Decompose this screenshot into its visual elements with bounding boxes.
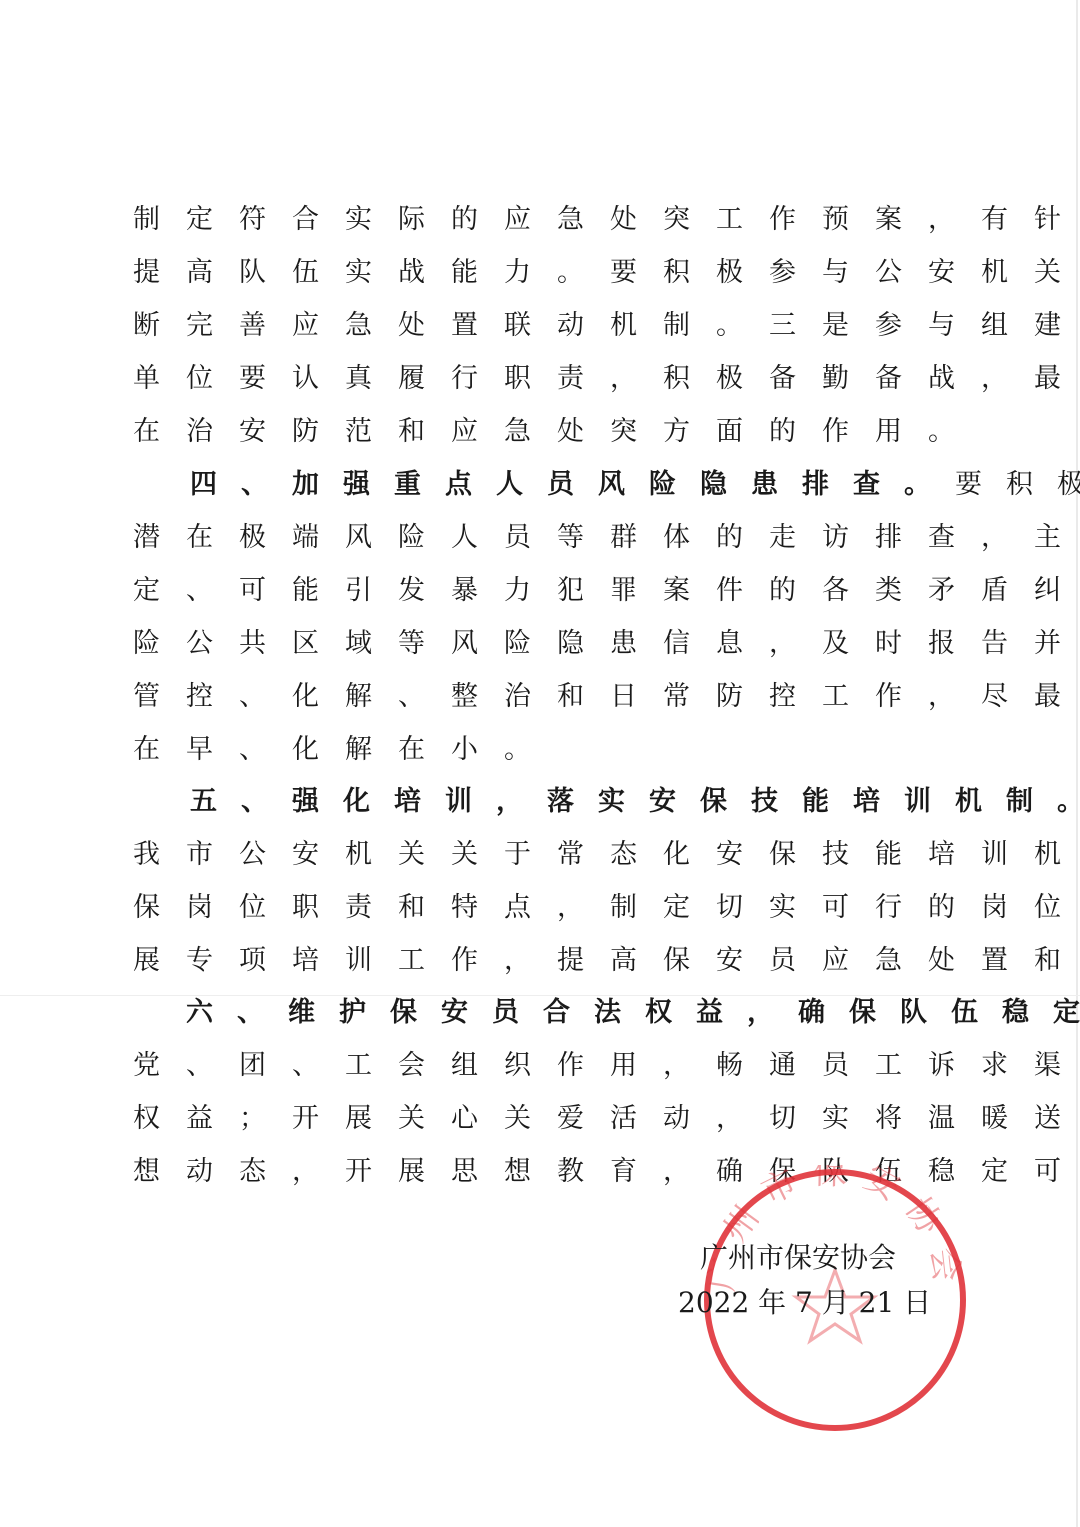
text-line: 我市公安机关关于常态化安保技能培训机制等工作要求，结合安 bbox=[133, 835, 933, 875]
text-line: 管控、化解、整治和日常防控工作，尽最大可能把风险隐患解决 bbox=[133, 677, 933, 717]
text-line: 潜在极端风险人员等群体的走访排查，主动收集影响社会安全稳 bbox=[133, 518, 933, 558]
text-line: 党、团、工会组织作用，畅通员工诉求渠道，维护好保安员合法 bbox=[133, 1046, 933, 1086]
text-line: 权益；开展关心关爱活动，切实将温暖送到实处；关注保安员思 bbox=[133, 1099, 933, 1139]
text-line: 断完善应急处置联动机制。三是参与组建保安应急机动队伍的各 bbox=[133, 306, 933, 346]
text-line: 定、可能引发暴力犯罪案件的各类矛盾纠纷、容易引发事故的涉 bbox=[133, 571, 933, 611]
text-line: 展专项培训工作，提高保安员应急处置和安全防范能力。 bbox=[133, 941, 933, 981]
text-line: 险公共区域等风险隐患信息，及时报告并配合相关职能部门做好 bbox=[133, 624, 933, 664]
text-line: 单位要认真履行职责，积极备勤备战，最大化发挥应急机动队伍 bbox=[133, 359, 933, 399]
text-line: 在治安防范和应急处突方面的作用。 bbox=[133, 412, 933, 452]
section-6-first-line: 六、维护保安员合法权益，确保队伍稳定。要充分发挥企业 bbox=[186, 993, 986, 1033]
text-line: 保岗位职责和特点，制定切实可行的岗位培训制度，有计划地开 bbox=[133, 888, 933, 928]
section-6-heading: 六、维护保安员合法权益，确保队伍稳定。 bbox=[186, 997, 1080, 1028]
signature-organization: 广州市保安协会 bbox=[700, 1238, 896, 1278]
section-4-heading: 四、加强重点人员风险隐患排查。 bbox=[190, 469, 955, 500]
text-line: 在早、化解在小。 bbox=[133, 730, 933, 770]
text-line: 提高队伍实战能力。要积极参与公安机关最小应急单元建设，不 bbox=[133, 253, 933, 293]
section-5-first-line: 五、强化培训，落实安保技能培训机制。各单位应严格落实 bbox=[190, 782, 990, 822]
section-4-text: 要积极配合公安机关开展 bbox=[955, 469, 1080, 500]
section-4-first-line: 四、加强重点人员风险隐患排查。要积极配合公安机关开展 bbox=[190, 465, 990, 505]
section-5-heading: 五、强化培训，落实安保技能培训机制。 bbox=[190, 786, 1080, 817]
signature-date: 2022 年 7 月 21 日 bbox=[678, 1283, 931, 1323]
text-line: 制定符合实际的应急处突工作预案，有针对性地开展应急演练， bbox=[133, 200, 933, 240]
document-page: 制定符合实际的应急处突工作预案，有针对性地开展应急演练， 提高队伍实战能力。要积… bbox=[0, 0, 1080, 1527]
